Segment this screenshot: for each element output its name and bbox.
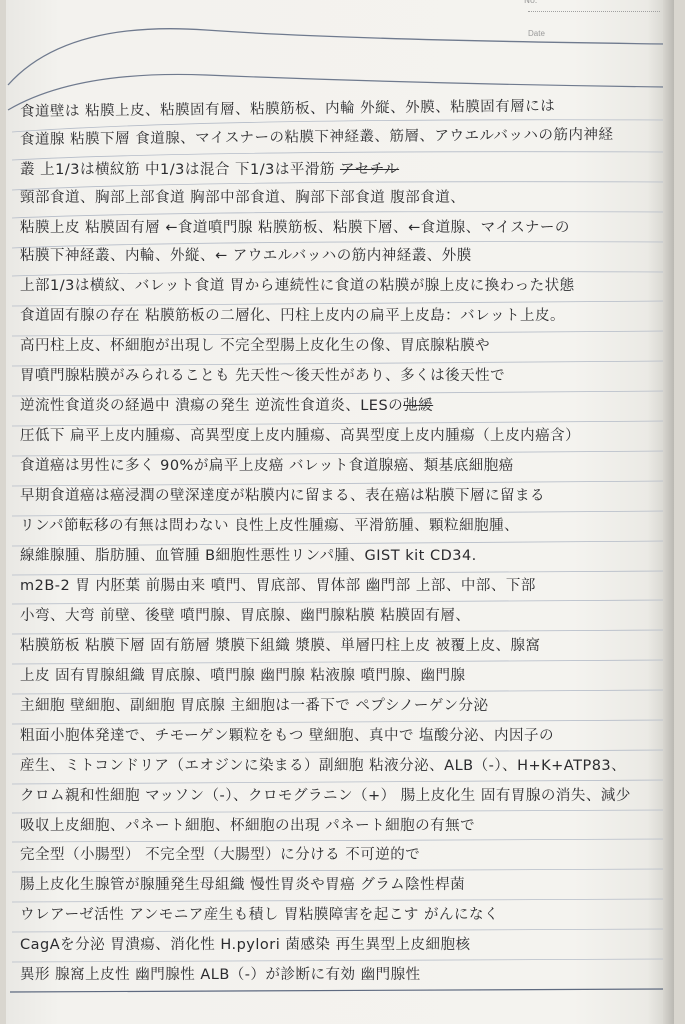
notebook-page: No. Date [6,0,674,1024]
note-line: CagAを分泌 胃潰瘍、消化性 H.pylori 菌感染 再生異型上皮細胞核 [20,933,660,954]
note-line: リンパ節転移の有無は問わない 良性上皮性腫瘍、平滑筋腫、顆粒細胞腫、 [20,514,660,535]
note-line: 粗面小胞体発達で、チモーゲン顆粒をもつ 壁細胞、真中で 塩酸分泌、内因子の [20,724,660,745]
note-line: 圧低下 扁平上皮内腫瘍、高異型度上皮内腫瘍、高異型度上皮内腫瘍（上皮内癌含） [20,424,660,445]
note-line: 早期食道癌は癌浸潤の壁深達度が粘膜内に留まる、表在癌は粘膜下層に留まる [20,484,660,505]
note-line: ウレアーゼ活性 アンモニア産生も積し 胃粘膜障害を起こす がんになく [20,903,660,924]
note-line: 食道固有腺の存在 粘膜筋板の二層化、円柱上皮内の扁平上皮島：バレット上皮。 [20,304,660,325]
note-line: クロム親和性細胞 マッソン（-）、クロモグラニン（+） 腸上皮化生 固有胃腺の消… [20,784,660,805]
page-edge [663,0,674,1024]
note-line-text: 叢 上1/3は横紋筋 中1/3は混合 下1/3は平滑筋 [20,162,335,178]
note-line: 逆流性食道炎の経過中 潰瘍の発生 逆流性食道炎、LESの弛緩 [20,394,660,415]
note-line: 食道癌は男性に多く 90%が扁平上皮癌 バレット食道腺癌、類基底細胞癌 [20,454,660,475]
struck-text: 弛緩 [403,398,433,414]
note-line-text: 逆流性食道炎の経過中 潰瘍の発生 逆流性食道炎、LESの [20,398,403,414]
note-line: 産生、ミトコンドリア（エオジンに染まる）副細胞 粘液分泌、ALB（-）、H+K+… [20,754,660,775]
note-line: 吸収上皮細胞、パネート細胞、杯細胞の出現 パネート細胞の有無で [20,814,660,835]
note-line: 線維腺腫、脂肪腫、血管腫 B細胞性悪性リンパ腫、GIST kit CD34. [20,544,660,565]
note-line: 異形 腺窩上皮性 幽門腺性 ALB（-）が診断に有効 幽門腺性 [20,963,660,984]
note-line: 高円柱上皮、杯細胞が出現し 不完全型腸上皮化生の像、胃底腺粘膜や [20,334,660,355]
ruled-lines [6,0,674,1024]
note-line: 粘膜上皮 粘膜固有層 ←食道噴門腺 粘膜筋板、粘膜下層、←食道腺、マイスナーの [20,216,660,237]
note-line: 上部1/3は横紋、バレット食道 胃から連続性に食道の粘膜が腺上皮に換わった状態 [20,274,660,295]
note-line: 頸部食道、胸部上部食道 胸部中部食道、胸部下部食道 腹部食道、 [20,186,660,207]
note-line: 腸上皮化生腺管が腺腫発生母組織 慢性胃炎や胃癌 グラム陰性桿菌 [20,873,660,894]
note-line: 主細胞 壁細胞、副細胞 胃底腺 主細胞は一番下で ペプシノーゲン分泌 [20,694,660,715]
struck-text: アセチル [340,162,399,178]
note-line: 胃噴門腺粘膜がみられることも 先天性～後天性があり、多くは後天性で [20,364,660,385]
note-line: 粘膜筋板 粘膜下層 固有筋層 漿膜下組織 漿膜、単層円柱上皮 被覆上皮、腺窩 [20,634,660,655]
note-line: 上皮 固有胃腺組織 胃底腺、噴門腺 幽門腺 粘液腺 噴門腺、幽門腺 [20,664,660,685]
note-line: 叢 上1/3は横紋筋 中1/3は混合 下1/3は平滑筋 アセチル [20,158,660,179]
note-line: 小弯、大弯 前壁、後壁 噴門腺、胃底腺、幽門腺粘膜 粘膜固有層、 [20,604,660,625]
note-line: 完全型（小腸型） 不完全型（大腸型）に分ける 不可逆的で [20,843,660,864]
note-line: m2B-2 胃 内胚葉 前腸由来 噴門、胃底部、胃体部 幽門部 上部、中部、下部 [20,574,660,595]
note-line-text: ウレアーゼ活性 アンモニア産生も積し 胃粘膜障害を起こす がんになく [20,907,499,923]
note-line: 粘膜下神経叢、内輪、外縦、← アウエルバッハの筋内神経叢、外膜 [20,244,660,265]
